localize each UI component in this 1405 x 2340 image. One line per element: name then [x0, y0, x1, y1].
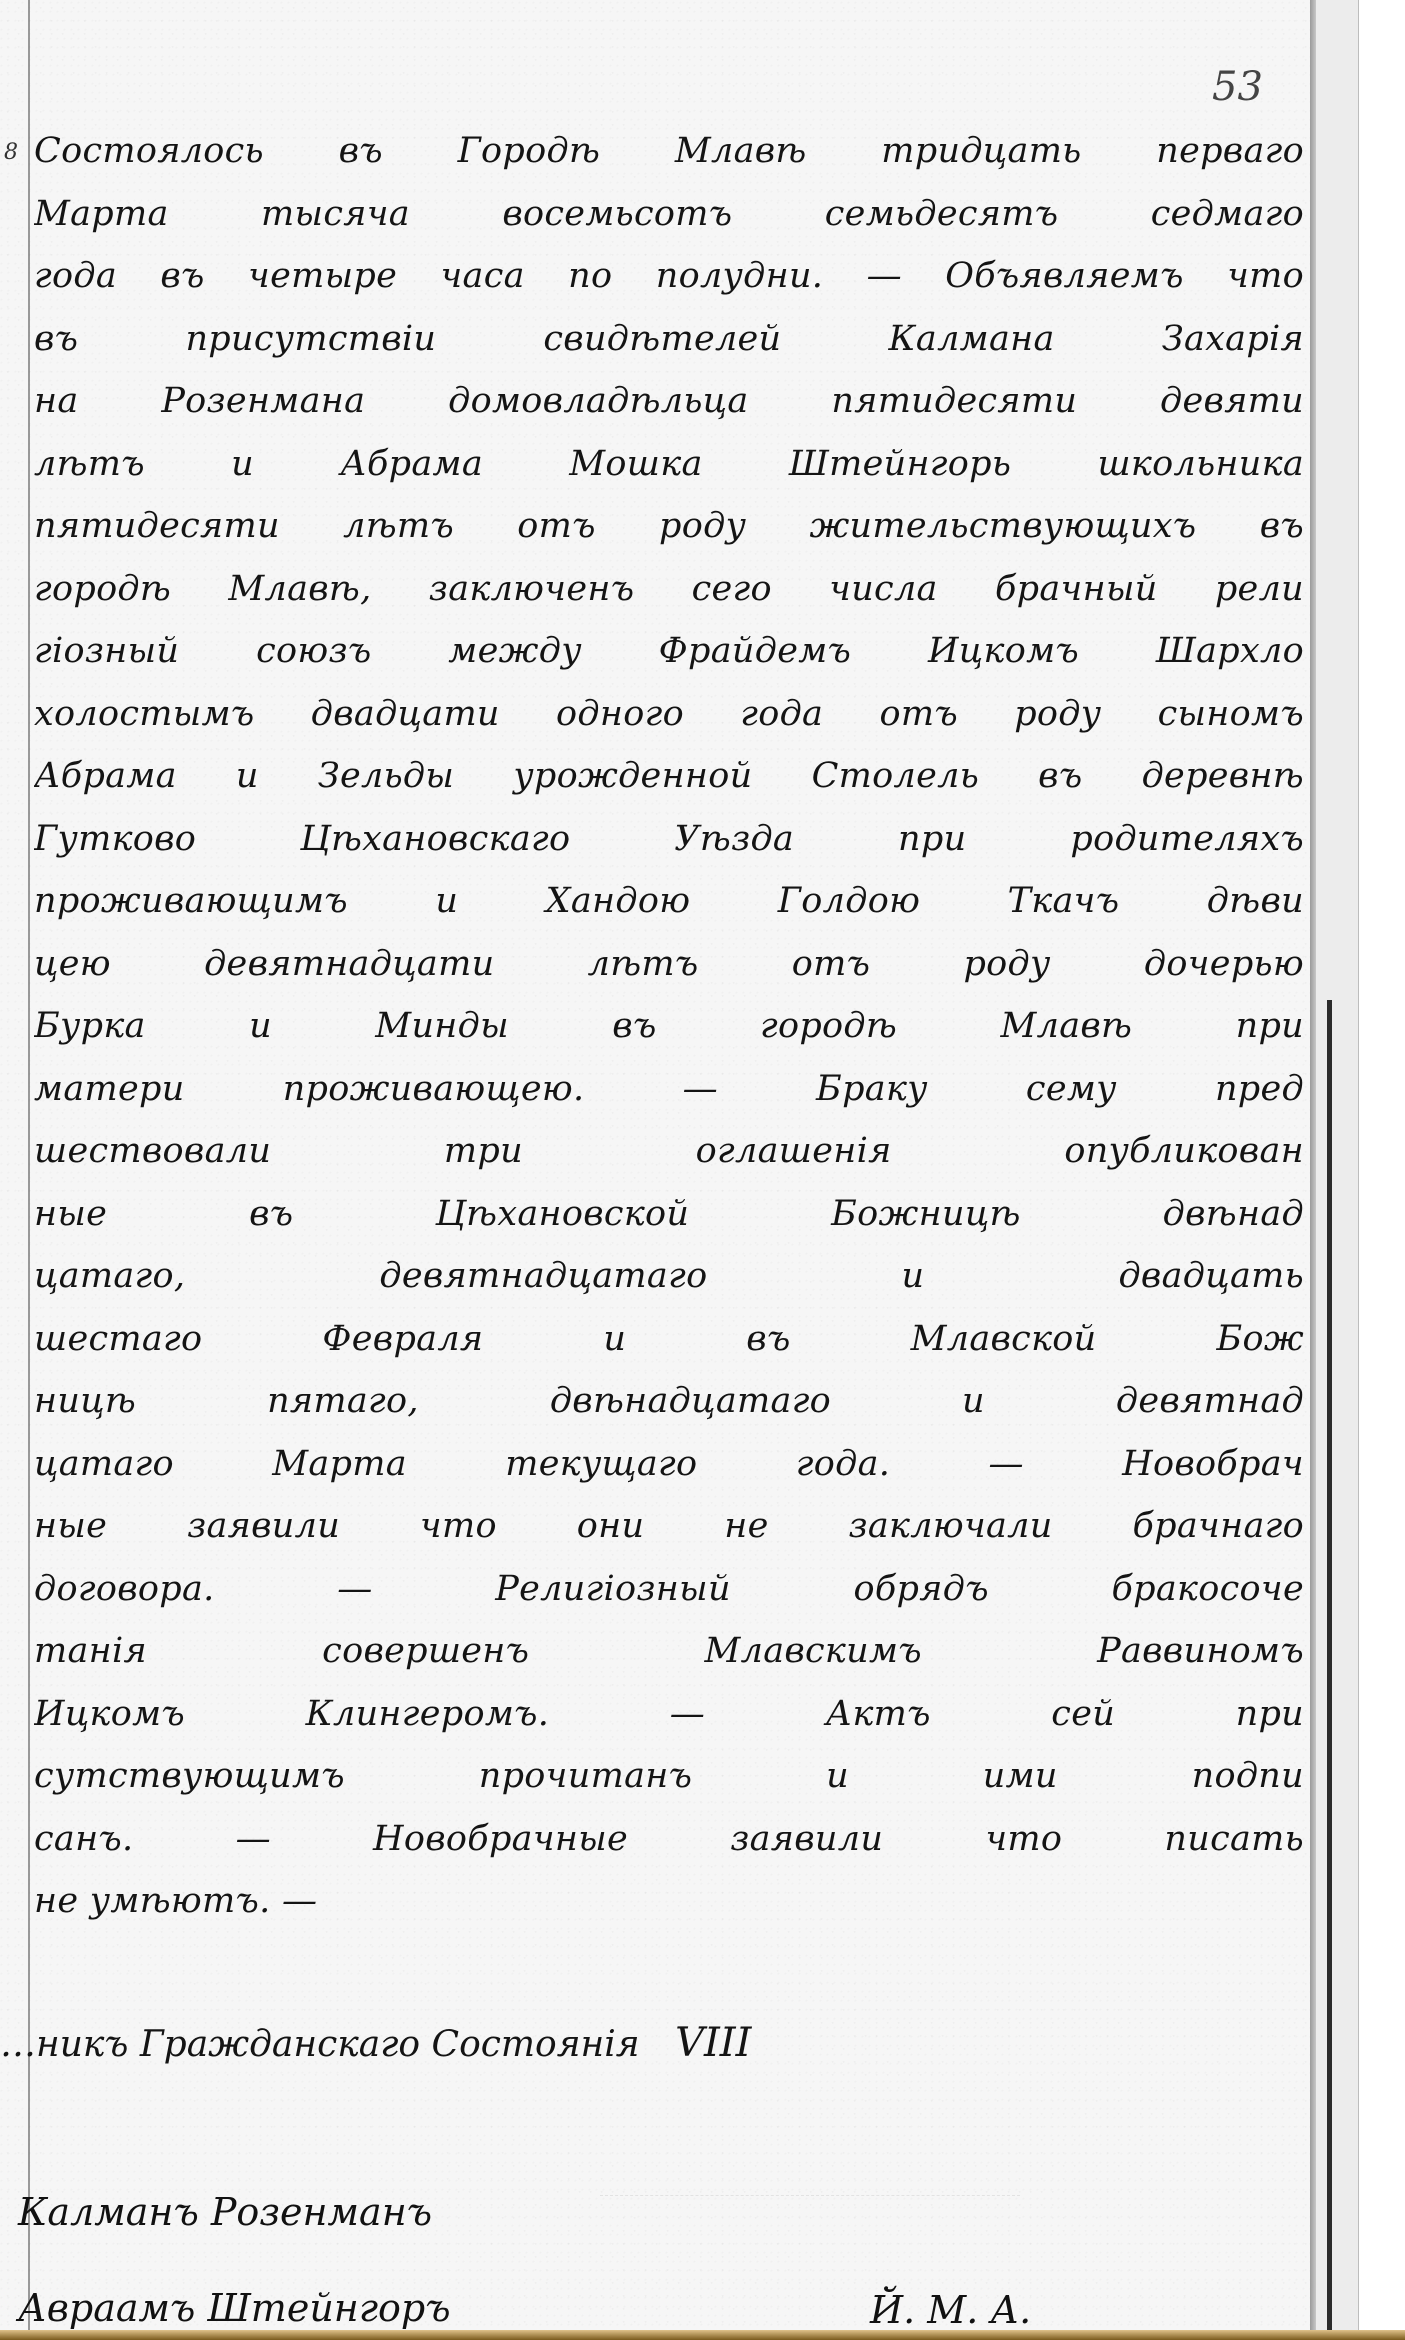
text-line: холостымъ двадцати одного года отъ роду …: [34, 683, 1304, 746]
text-line: Бурка и Минды въ городѣ Млавѣ при: [34, 995, 1304, 1058]
text-line: гіозный союзъ между Фрайдемъ Ицкомъ Шарх…: [34, 620, 1304, 683]
text-line: Абрама и Зельды урожденной Столель въ де…: [34, 745, 1304, 808]
text-line: Марта тысяча восемьсотъ семьдесятъ седма…: [34, 183, 1304, 246]
registrar-mark: VIII: [675, 2020, 751, 2066]
text-line: Ицкомъ Клингеромъ. — Актъ сей при: [34, 1683, 1304, 1746]
signature-witness-2: Авраамъ Штейнгоръ: [18, 2286, 451, 2330]
text-line: шествовали три оглашенія опубликован: [34, 1120, 1304, 1183]
text-line: ницѣ пятаго, двѣнадцатаго и девятнад: [34, 1370, 1304, 1433]
binding-line: [1327, 1000, 1332, 2340]
text-line: ные заявили что они не заключали брачнаг…: [34, 1495, 1304, 1558]
registrar-line: …никъ Гражданскаго Состоянія VIII: [0, 2020, 900, 2066]
page-gutter-strip: [1316, 0, 1359, 2340]
text-line: на Розенмана домовладѣльца пятидесяти де…: [34, 370, 1304, 433]
entry-number: 8: [4, 140, 18, 165]
signature-witness-1: Калманъ Розенманъ: [18, 2190, 432, 2234]
record-body: Состоялось въ Городѣ Млавѣ тридцать перв…: [34, 120, 1304, 1933]
text-line: ные въ Цѣхановской Божницѣ двѣнад: [34, 1183, 1304, 1246]
text-line: пятидесяти лѣтъ отъ роду жительствующихъ…: [34, 495, 1304, 558]
left-margin-rule: [28, 0, 30, 2340]
text-line: года въ четыре часа по полудни. — Объявл…: [34, 245, 1304, 308]
text-line: Состоялось въ Городѣ Млавѣ тридцать перв…: [34, 120, 1304, 183]
signature-official: Й. М. А.: [870, 2288, 1031, 2332]
text-line: цатаго, девятнадцатаго и двадцать: [34, 1245, 1304, 1308]
text-line: не умѣютъ. —: [34, 1870, 1304, 1933]
page-number: 53: [1212, 64, 1263, 110]
text-line: городѣ Млавѣ, заключенъ сего числа брачн…: [34, 558, 1304, 621]
text-line: цатаго Марта текущаго года. — Новобрач: [34, 1433, 1304, 1496]
text-line: договора. — Религіозный обрядъ бракосоче: [34, 1558, 1304, 1621]
document-page: 53 8 Состоялось въ Городѣ Млавѣ тридцать…: [0, 0, 1312, 2340]
text-line: шестаго Февраля и въ Млавской Бож: [34, 1308, 1304, 1371]
text-line: цею девятнадцати лѣтъ отъ роду дочерью: [34, 933, 1304, 996]
registrar-title: …никъ Гражданскаго Состоянія: [0, 2024, 640, 2065]
text-line: въ присутствіи свидѣтелей Калмана Захарі…: [34, 308, 1304, 371]
page-bottom-edge: [0, 2330, 1405, 2340]
text-line: Гутково Цѣхановскаго Уѣзда при родителях…: [34, 808, 1304, 871]
text-line: санъ. — Новобрачные заявили что писать: [34, 1808, 1304, 1871]
text-line: лѣтъ и Абрама Мошка Штейнгорь школьника: [34, 433, 1304, 496]
text-line: танія совершенъ Млавскимъ Раввиномъ: [34, 1620, 1304, 1683]
text-line: матери проживающею. — Браку сему пред: [34, 1058, 1304, 1121]
faint-stamp-mark: [600, 2195, 1020, 2256]
text-line: сутствующимъ прочитанъ и ими подпи: [34, 1745, 1304, 1808]
text-line: проживающимъ и Хандою Голдою Ткачъ дѣви: [34, 870, 1304, 933]
